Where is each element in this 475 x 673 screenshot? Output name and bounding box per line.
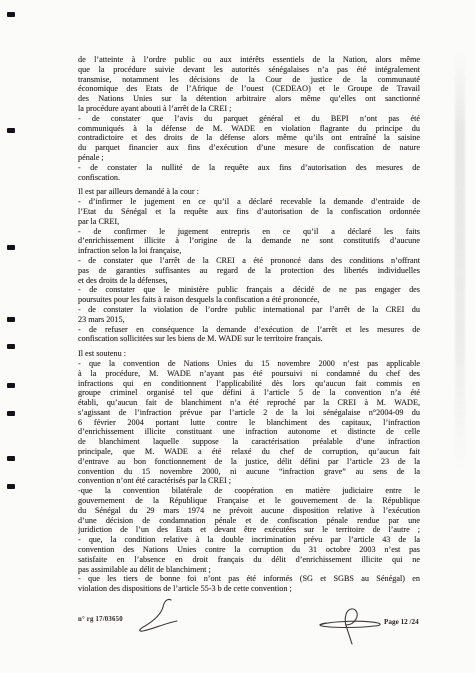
text-line: - de constater que l’avis du parquet gén…: [78, 114, 420, 124]
paragraph: Il est soutenu :- que la convention de N…: [78, 349, 420, 594]
text-line: Il est par ailleurs demandé à la cour :: [78, 187, 420, 197]
text-line: infractions qui en conditionnent l’appli…: [78, 379, 420, 389]
scan-artifact-mark: [7, 128, 15, 133]
text-line: - de confirmer le jugement entrepris en …: [78, 227, 420, 237]
handwritten-paraph-right: [316, 606, 386, 646]
text-line: à la procédure, M. WADE n’ayant pas été …: [78, 369, 420, 379]
text-line: - que la convention de Nations Unies du …: [78, 359, 420, 369]
text-line: - de constater la nullité de la requête …: [78, 163, 420, 173]
paragraph: Il est par ailleurs demandé à la cour :-…: [78, 187, 420, 344]
text-line: - de constater que l’arrêt de la CREI a …: [78, 256, 420, 266]
text-line: par la CREI,: [78, 217, 420, 227]
scan-artifact-mark: [7, 411, 15, 416]
text-line: pénale ;: [78, 153, 420, 163]
text-line: - d’infirmer le jugement en ce qu’il a d…: [78, 197, 420, 207]
scanned-page: de l’atteinte à l’ordre public ou aux in…: [0, 0, 475, 673]
text-line: la procédure ayant abouti à l’arrêt de l…: [78, 104, 420, 114]
text-line: transmise, notamment les décisions de la…: [78, 75, 420, 85]
text-line: d’enrichissement illicite à l’origine de…: [78, 236, 420, 246]
scan-artifact-mark: [7, 245, 15, 250]
text-line: Il est soutenu :: [78, 349, 420, 359]
text-line: convention n’ont été caractérisés par la…: [78, 476, 420, 486]
scan-artifact-mark: [7, 12, 15, 17]
text-line: communiqués à la défense de M. WADE en v…: [78, 124, 420, 134]
text-line: pas de garanties suffisantes au regard d…: [78, 266, 420, 276]
text-line: établi, qu’aucun fait de blanchiment n’a…: [78, 398, 420, 408]
text-line: économique des Etats de l’Afrique de l’o…: [78, 84, 420, 94]
text-line: d’entrave au bon fonctionnement de la ju…: [78, 457, 420, 467]
page-number: Page 12 /24: [384, 618, 419, 626]
text-line: d’une décision de condamnation pénale et…: [78, 516, 420, 526]
document-text-block: de l’atteinte à l’ordre public ou aux in…: [78, 55, 420, 599]
scan-artifact-mark: [7, 383, 15, 388]
text-line: 6 février 2004 portant lutte contre le b…: [78, 418, 420, 428]
text-line: convention des Nations Unies contre la c…: [78, 545, 420, 555]
text-line: - de constater que le ministère public f…: [78, 285, 420, 295]
handwritten-signature-left: [133, 596, 185, 642]
text-line: du Sénégal du 29 mars 1974 ne prévoit au…: [78, 506, 420, 516]
text-line: infraction selon la loi française,: [78, 246, 420, 256]
scan-artifact-mark: [7, 484, 15, 489]
text-line: confiscation sollicitées sur les biens d…: [78, 334, 420, 344]
text-line: -que la convention bilatérale de coopéra…: [78, 486, 420, 496]
text-line: des Nations Unies sur la détention arbit…: [78, 94, 420, 104]
text-line: groupe criminel organisé tel que défini …: [78, 388, 420, 398]
text-line: de blanchiment laquelle suppose la carac…: [78, 437, 420, 447]
text-line: 23 mars 2015,: [78, 315, 420, 325]
text-line: - de constater la violation de l’ordre p…: [78, 305, 420, 315]
text-line: violation des dispositions de l’article …: [78, 584, 420, 594]
text-line: confiscation.: [78, 173, 420, 183]
text-line: principale, que M. WADE a été relaxé du …: [78, 447, 420, 457]
text-line: et des droits de la défenses,: [78, 276, 420, 286]
case-number: n° rg 17/03650: [78, 616, 123, 623]
text-line: poursuites pour les faits à raison desqu…: [78, 295, 420, 305]
text-line: contradictoire et des droits de la défen…: [78, 133, 420, 143]
text-line: s’agissant de l’infraction prévue par l’…: [78, 408, 420, 418]
text-line: d’enrichissement illicite constituant un…: [78, 427, 420, 437]
text-line: - que, la condition relative à la double…: [78, 535, 420, 545]
text-line: gouvernement de la République Française …: [78, 496, 420, 506]
text-line: - de refuser en conséquence la demande d…: [78, 325, 420, 335]
text-line: de l’atteinte à l’ordre public ou aux in…: [78, 55, 420, 65]
text-line: juridiction de l’un des Etats et devant …: [78, 525, 420, 535]
text-line: convention du 15 novembre 2000, ni aucun…: [78, 467, 420, 477]
paragraph: de l’atteinte à l’ordre public ou aux in…: [78, 55, 420, 182]
text-line: satisfaite en l’absence en droit françai…: [78, 555, 420, 565]
text-line: l’Etat du Sénégal et la requête aux fins…: [78, 207, 420, 217]
scan-artifact-mark: [7, 344, 15, 349]
text-line: - que les tiers de bonne foi n’ont pas é…: [78, 574, 420, 584]
scan-artifact-mark: [7, 317, 15, 322]
text-line: du parquet financier aux fins d’exécutio…: [78, 143, 420, 153]
scan-artifact-mark: [7, 456, 15, 461]
scan-edge-shadow: [455, 50, 465, 470]
text-line: que la procédure suivie devant les autor…: [78, 65, 420, 75]
text-line: pas assimilable au délit de blanchiment …: [78, 565, 420, 575]
